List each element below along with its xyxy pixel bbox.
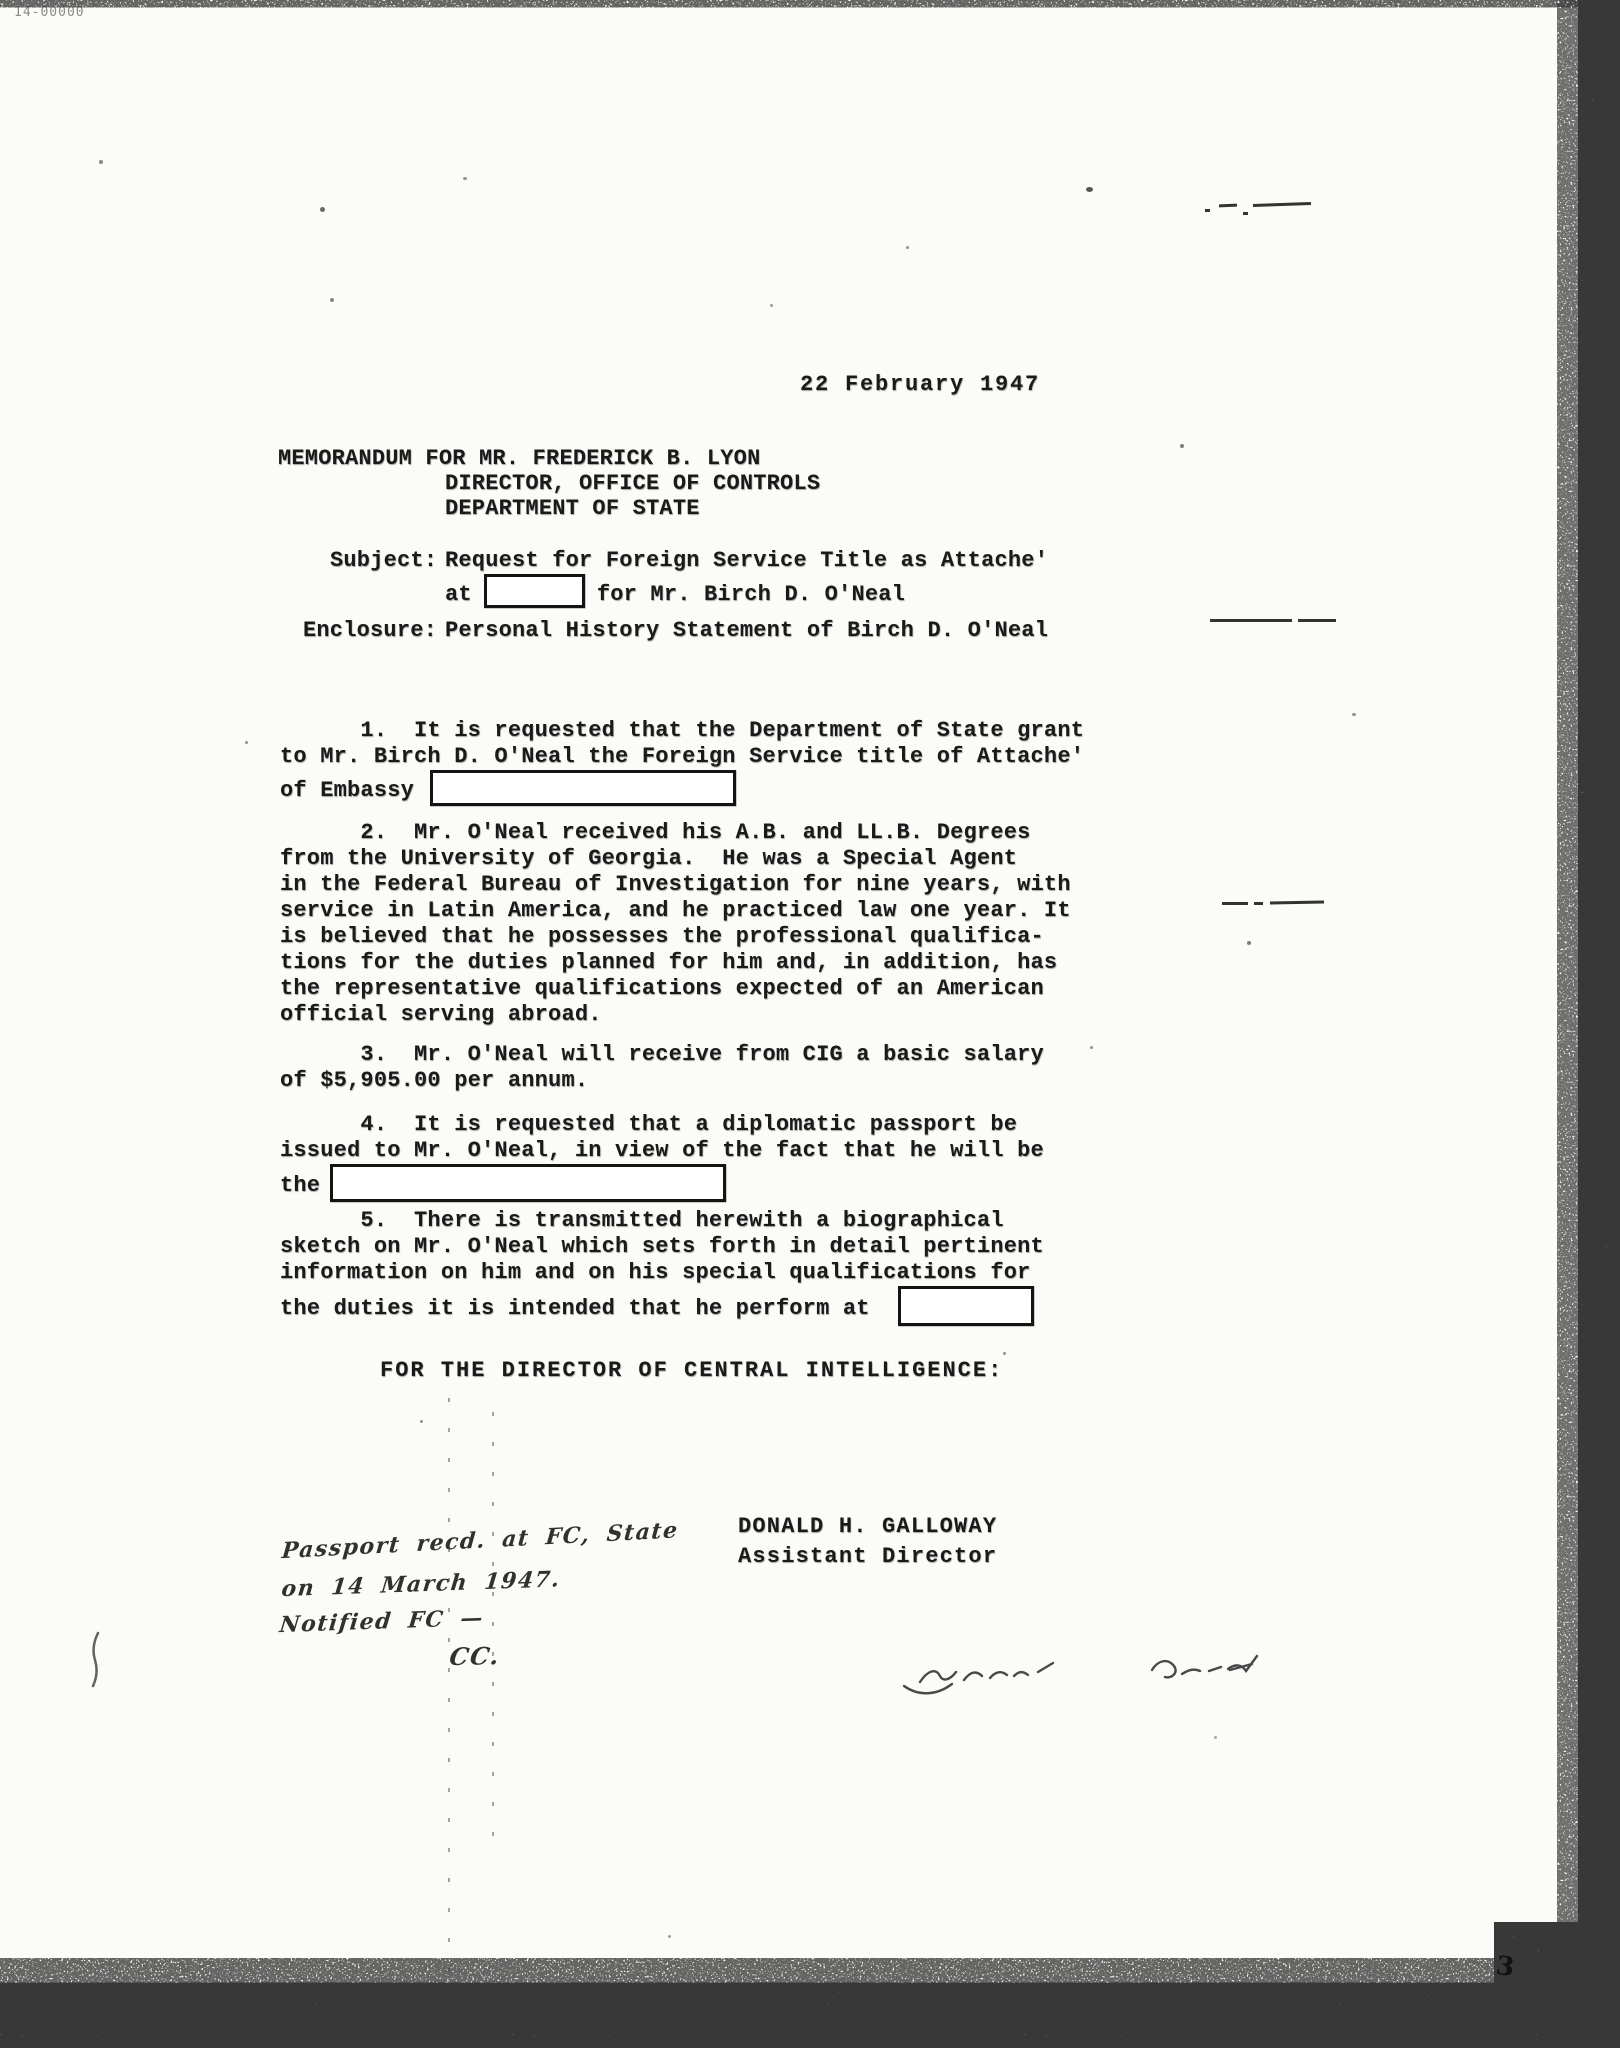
para5-line: information on him and on his special qu…	[280, 1260, 1031, 1286]
memo-recipient-line: MEMORANDUM FOR MR. FREDERICK B. LYON	[278, 446, 760, 472]
margin-bracket-mark	[88, 1630, 108, 1690]
para3-line: 3. Mr. O'Neal will receive from CIG a ba…	[280, 1042, 1044, 1068]
redaction-box-duty-station	[898, 1286, 1034, 1326]
handwritten-scrawl	[890, 1640, 1290, 1710]
para2-line: is believed that he possesses the profes…	[280, 924, 1044, 950]
para4-line: 4. It is requested that a diplomatic pas…	[280, 1112, 1017, 1138]
scan-noise-overlay	[0, 0, 1620, 2048]
para2-line: the representative qualifications expect…	[280, 976, 1044, 1002]
redaction-box-role	[330, 1164, 726, 1202]
para3-line: of $5,905.00 per annum.	[280, 1068, 588, 1094]
fold-dotted-line	[492, 1412, 494, 1862]
para5-line: sketch on Mr. O'Neal which sets forth in…	[280, 1234, 1044, 1260]
memo-date: 22 February 1947	[800, 372, 1040, 398]
redaction-box-embassy	[430, 770, 736, 806]
page-number-mark: 3	[1494, 1951, 1516, 1983]
handwritten-note: CC.	[447, 1641, 502, 1671]
handwritten-note: on 14 March 1947.	[280, 1566, 562, 1602]
subject-line2-after: for Mr. Birch D. O'Neal	[597, 582, 905, 607]
redaction-box-post-location	[484, 574, 585, 608]
para4-line: issued to Mr. O'Neal, in view of the fac…	[280, 1138, 1044, 1164]
subject-line2-before: at	[445, 582, 472, 607]
closing-line: FOR THE DIRECTOR OF CENTRAL INTELLIGENCE…	[380, 1358, 1003, 1384]
para4-line: the	[280, 1164, 726, 1202]
enclosure-text: Personal History Statement of Birch D. O…	[445, 618, 1048, 644]
memo-recipient-line: DIRECTOR, OFFICE OF CONTROLS	[445, 471, 820, 497]
signature-name: DONALD H. GALLOWAY	[738, 1514, 997, 1540]
handwritten-note: Notified FC —	[278, 1605, 485, 1638]
subject-line2: atfor Mr. Birch D. O'Neal	[445, 574, 905, 608]
para2-line: from the University of Georgia. He was a…	[280, 846, 1017, 872]
memo-recipient-line: DEPARTMENT OF STATE	[445, 496, 700, 522]
para1-line: to Mr. Birch D. O'Neal the Foreign Servi…	[280, 744, 1084, 770]
subject-label: Subject:	[330, 548, 437, 574]
scanned-memo-page: 14-00000 22 February 1947 MEMORANDUM FOR…	[0, 0, 1620, 2048]
handwritten-note: Passport recd. at FC, State	[281, 1517, 680, 1564]
para2-line: tions for the duties planned for him and…	[280, 950, 1057, 976]
archive-corner-id: 14-00000	[14, 5, 85, 20]
para2-line: in the Federal Bureau of Investigation f…	[280, 872, 1071, 898]
para5-line: 5. There is transmitted herewith a biogr…	[280, 1208, 1004, 1234]
para4-line3-before: the	[280, 1173, 320, 1198]
para2-line: service in Latin America, and he practic…	[280, 898, 1071, 924]
para2-line: official serving abroad.	[280, 1002, 602, 1028]
subject-line1: Request for Foreign Service Title as Att…	[445, 548, 1048, 574]
para1-line: of Embassy	[280, 770, 736, 806]
fold-dotted-line	[448, 1398, 450, 1992]
enclosure-label: Enclosure:	[303, 618, 437, 644]
signature-title: Assistant Director	[738, 1544, 997, 1570]
para1-line3-before: of Embassy	[280, 778, 414, 803]
para5-line: the duties it is intended that he perfor…	[280, 1286, 1034, 1326]
para1-line: 1. It is requested that the Department o…	[280, 718, 1084, 744]
para2-line: 2. Mr. O'Neal received his A.B. and LL.B…	[280, 820, 1031, 846]
para5-line4-before: the duties it is intended that he perfor…	[280, 1296, 870, 1321]
